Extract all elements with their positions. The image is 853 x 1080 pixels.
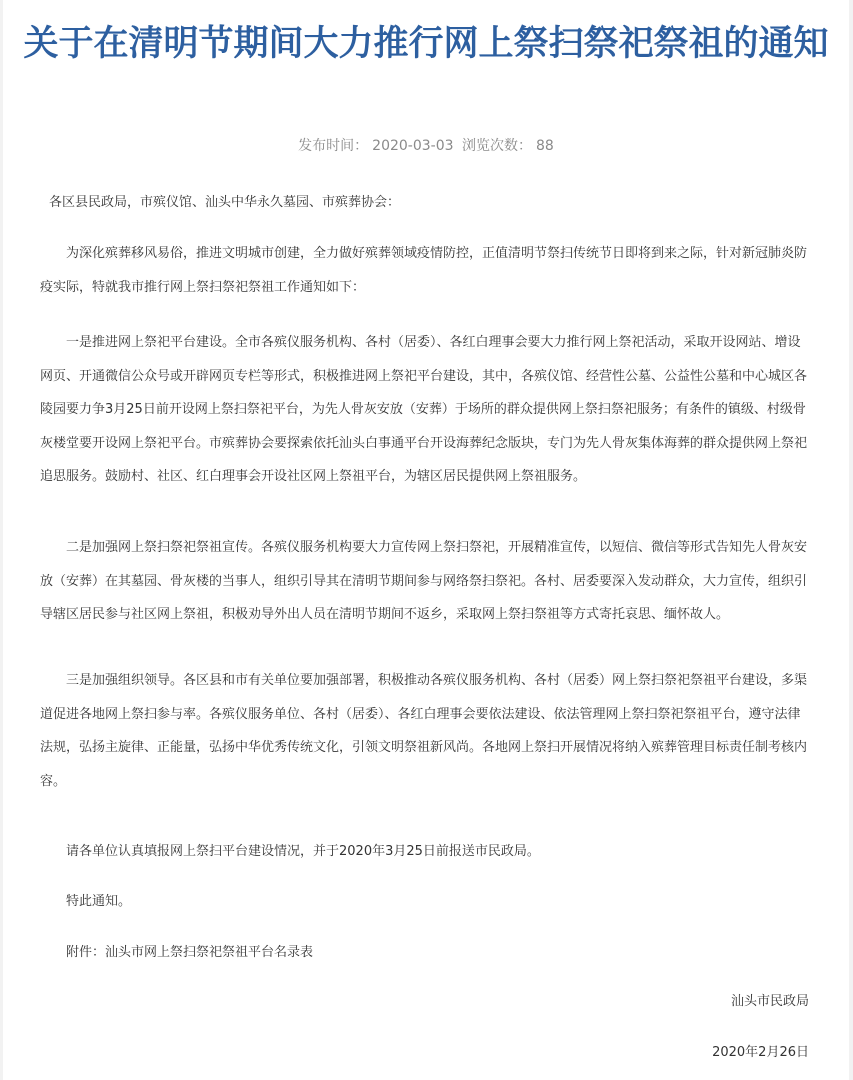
publish-label: 发布时间： <box>298 138 368 154</box>
attachment-link[interactable]: 附件：汕头市网上祭扫祭祀祭祖平台名录表 <box>66 936 853 970</box>
views-label: 浏览次数： <box>462 138 532 154</box>
paragraph-point-1: 一是推进网上祭祀平台建设。全市各殡仪服务机构、各村（居委）、各红白理事会要大力推… <box>40 326 810 494</box>
document-page: 关于在清明节期间大力推行网上祭扫祭祀祭祖的通知 发布时间：2020-03-03 … <box>3 0 849 1080</box>
signature-date: 2020年2月26日 <box>712 1043 809 1063</box>
paragraph-point-2: 二是加强网上祭扫祭祀祭祖宣传。各殡仪服务机构要大力宣传网上祭扫祭祀，开展精准宣传… <box>40 531 810 632</box>
paragraph-closing: 特此通知。 <box>66 885 853 919</box>
paragraph-request: 请各单位认真填报网上祭扫平台建设情况，并于2020年3月25日前报送市民政局。 <box>66 835 853 869</box>
paragraph-point-3: 三是加强组织领导。各区县和市有关单位要加强部署，积极推动各殡仪服务机构、各村（居… <box>40 664 810 798</box>
paragraph-intro: 为深化殡葬移风易俗，推进文明城市创建，全力做好殡葬领域疫情防控，正值清明节祭扫传… <box>40 237 810 304</box>
publish-date: 2020-03-03 <box>372 138 453 154</box>
signature-organization: 汕头市民政局 <box>731 992 809 1012</box>
article-meta: 发布时间：2020-03-03 浏览次数：88 <box>3 136 849 156</box>
page-title: 关于在清明节期间大力推行网上祭扫祭祀祭祖的通知 <box>23 18 829 70</box>
views-count: 88 <box>536 138 554 154</box>
salutation: 各区县民政局，市殡仪馆、汕头中华永久墓园、市殡葬协会： <box>49 186 839 220</box>
